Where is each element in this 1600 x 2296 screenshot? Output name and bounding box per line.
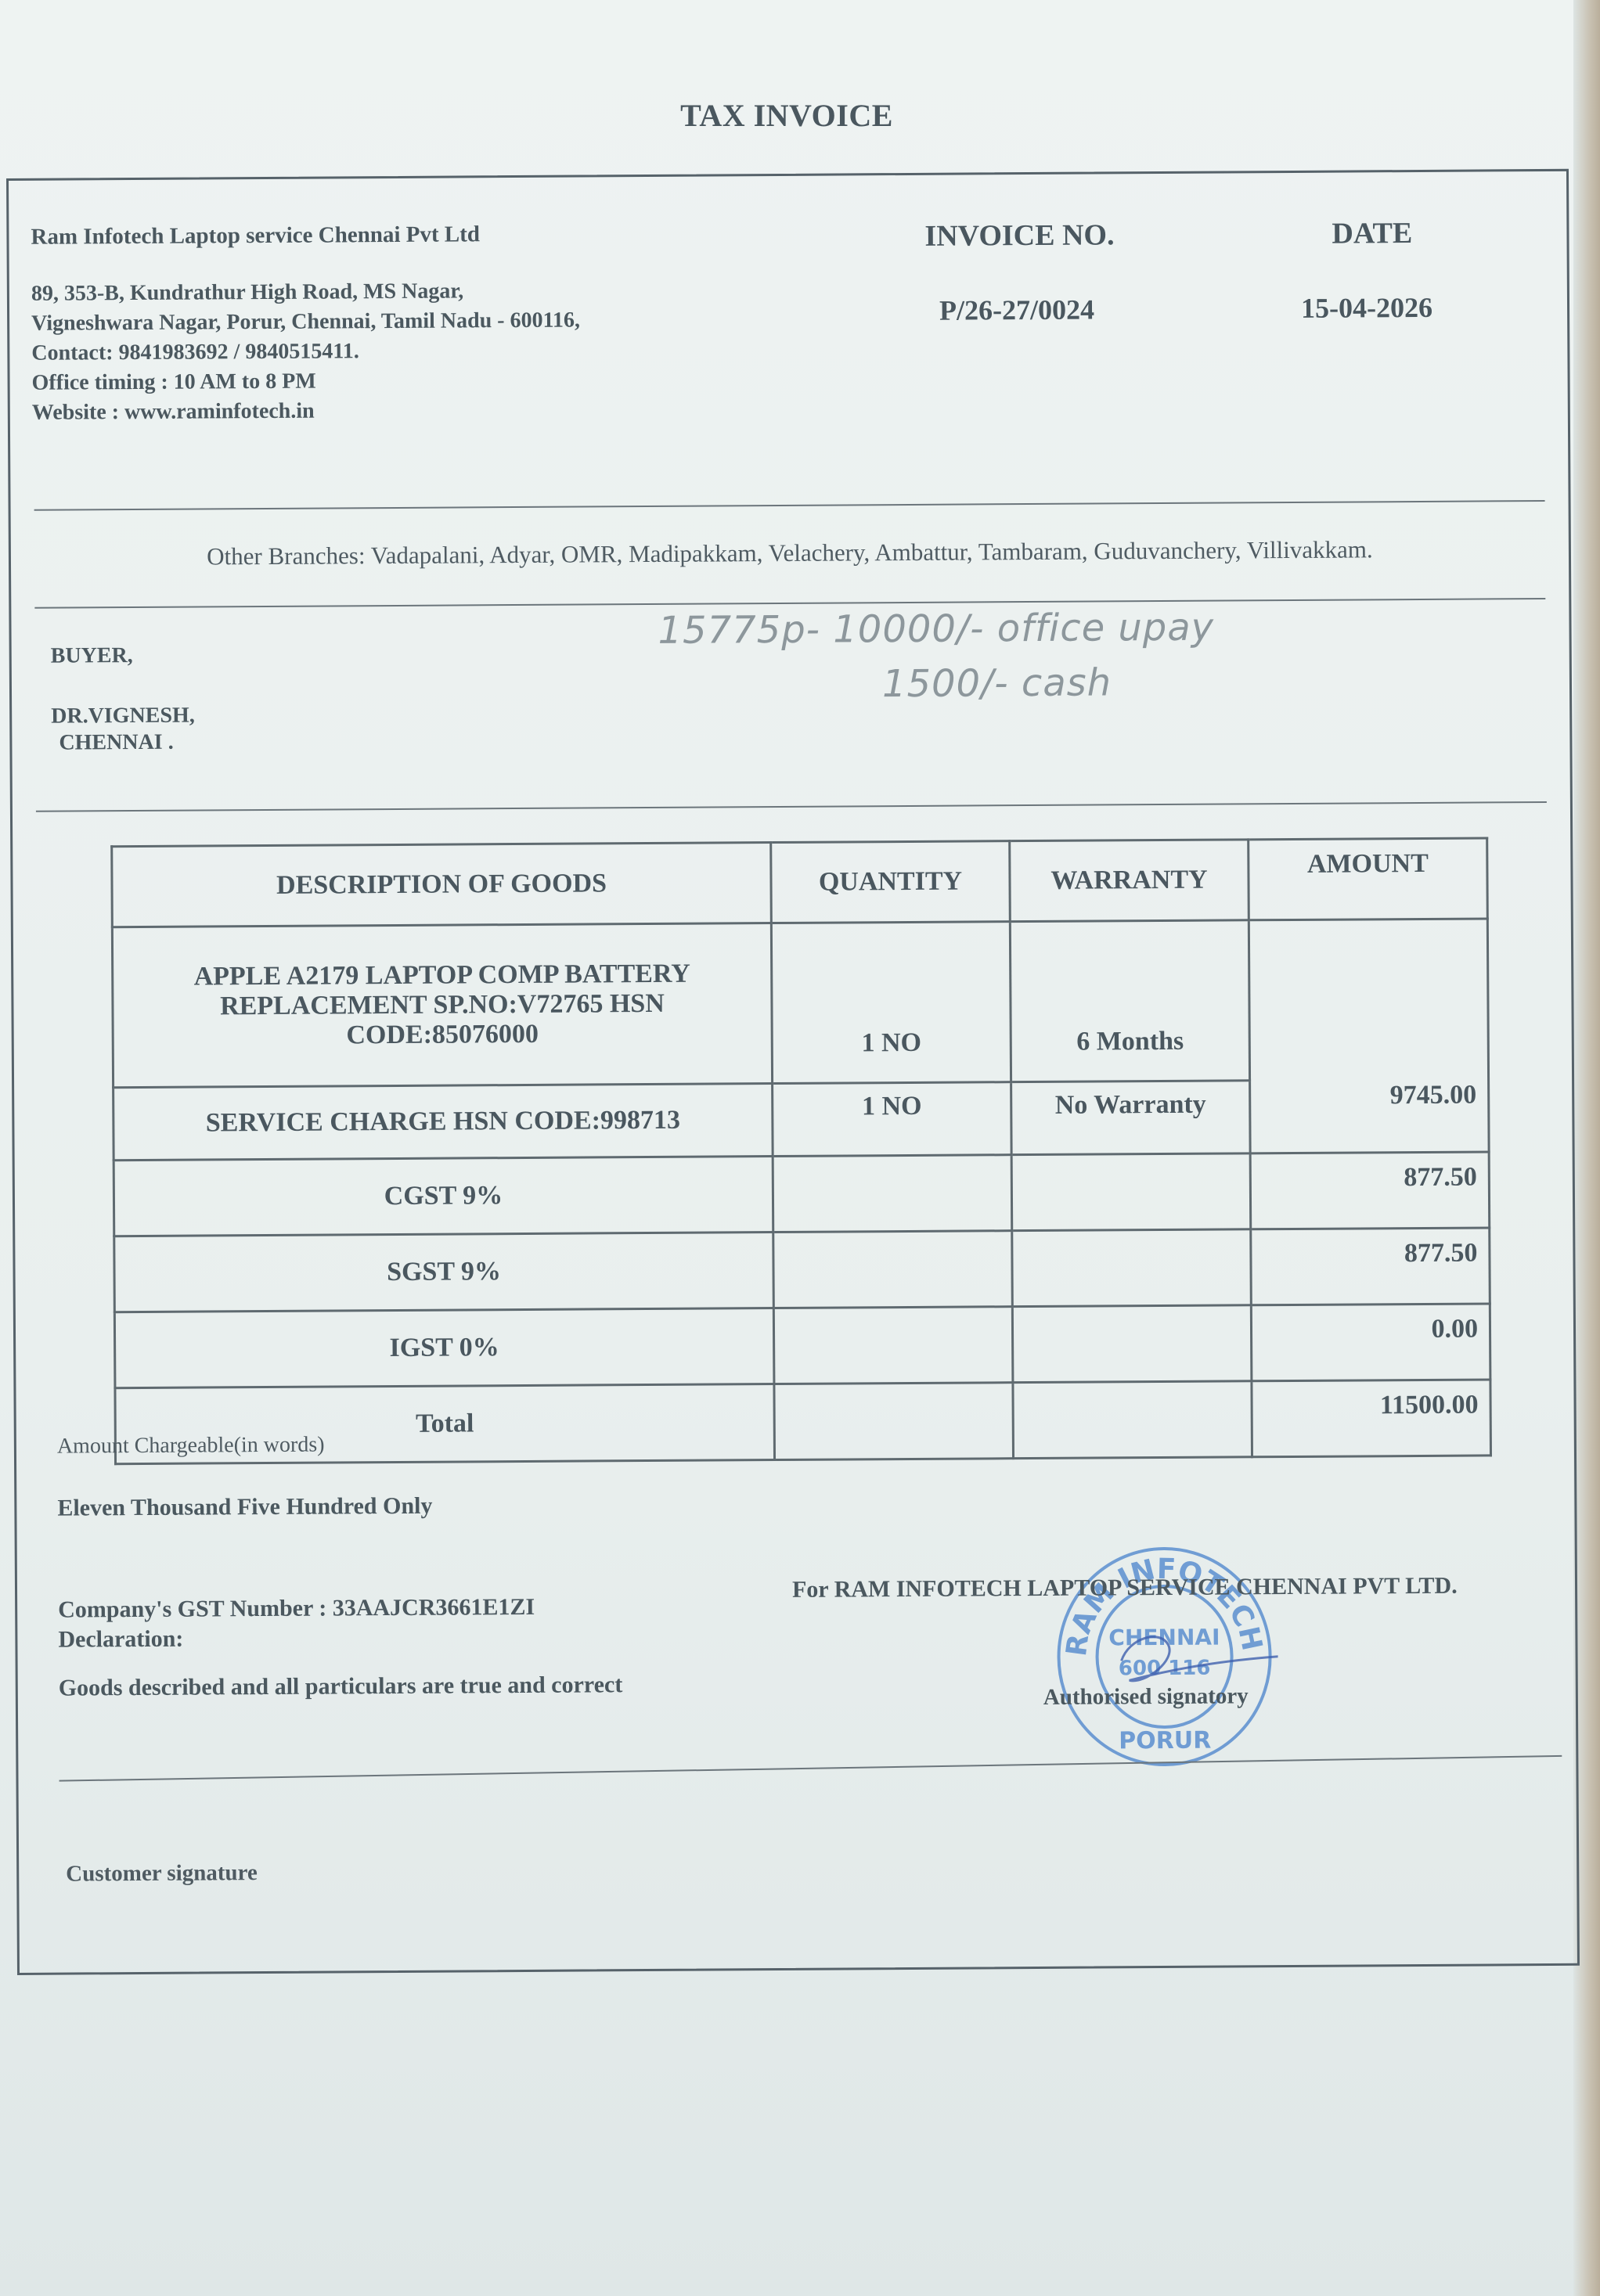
invoice-number: P/26-27/0024 [939, 293, 1094, 327]
item-quantity: 1 NO [771, 922, 1011, 1084]
divider [34, 598, 1545, 609]
invoice-number-label: INVOICE NO. [924, 218, 1114, 253]
declaration-label: Declaration: [58, 1622, 535, 1655]
header-description: DESCRIPTION OF GOODS [112, 843, 772, 927]
item-description: SERVICE CHARGE HSN CODE:998713 [114, 1084, 773, 1161]
amount-words-label: Amount Chargeable(in words) [57, 1433, 325, 1459]
goods-table: DESCRIPTION OF GOODS QUANTITY WARRANTY A… [110, 837, 1492, 1465]
company-address: 89, 353-B, Kundrathur High Road, MS Naga… [31, 276, 581, 428]
item-warranty: 6 Months [1010, 920, 1249, 1082]
invoice-frame: Ram Infotech Laptop service Chennai Pvt … [6, 169, 1580, 1975]
website: Website : www.raminfotech.in [32, 395, 581, 428]
item-quantity: 1 NO [773, 1082, 1012, 1157]
authorised-signatory: Authorised signatory [1043, 1683, 1249, 1711]
header-amount: AMOUNT [1249, 838, 1488, 920]
buyer-name: DR.VIGNESH, [51, 703, 195, 730]
divider [34, 500, 1545, 511]
tax-row-cgst: CGST 9% 877.50 [114, 1152, 1490, 1236]
other-branches: Other Branches: Vadapalani, Adyar, OMR, … [11, 534, 1569, 572]
tax-amount: 877.50 [1250, 1152, 1490, 1229]
header-warranty: WARRANTY [1010, 840, 1249, 922]
buyer-details: DR.VIGNESH, CHENNAI . [51, 703, 195, 757]
tax-amount: 0.00 [1251, 1304, 1490, 1381]
svg-text:CHENNAI: CHENNAI [1108, 1625, 1220, 1651]
handwritten-note-line1: 15775p- 10000/- office upay [658, 606, 1214, 653]
tax-amount: 877.50 [1251, 1228, 1490, 1305]
tax-row-igst: IGST 0% 0.00 [114, 1304, 1490, 1388]
for-company: For RAM INFOTECH LAPTOP SERVICE CHENNAI … [792, 1573, 1458, 1603]
declaration-text: Goods described and all particulars are … [59, 1672, 623, 1701]
svg-text:600 116: 600 116 [1119, 1657, 1211, 1681]
customer-signature-label: Customer signature [66, 1860, 258, 1887]
tax-label: CGST 9% [114, 1157, 773, 1236]
date-label: DATE [1332, 216, 1412, 251]
amount-in-words: Eleven Thousand Five Hundred Only [57, 1493, 432, 1522]
table-header-row: DESCRIPTION OF GOODS QUANTITY WARRANTY A… [112, 838, 1488, 927]
handwritten-note-line2: 1500/- cash [882, 660, 1112, 706]
table-row: APPLE A2179 LAPTOP COMP BATTERY REPLACEM… [112, 919, 1488, 1088]
contact-line: Contact: 9841983692 / 9840515411. [31, 336, 580, 369]
svg-text:PORUR: PORUR [1119, 1727, 1211, 1755]
address-line: 89, 353-B, Kundrathur High Road, MS Naga… [31, 276, 580, 309]
item-description: APPLE A2179 LAPTOP COMP BATTERY REPLACEM… [112, 923, 772, 1088]
buyer-city: CHENNAI . [51, 729, 195, 757]
tax-row-sgst: SGST 9% 877.50 [114, 1228, 1490, 1312]
item-warranty: No Warranty [1011, 1081, 1251, 1155]
tax-label: IGST 0% [114, 1308, 774, 1388]
gst-block: Company's GST Number : 33AAJCR3661E1ZI D… [58, 1592, 535, 1655]
buyer-label: BUYER, [51, 643, 133, 669]
invoice-date: 15-04-2026 [1301, 291, 1432, 325]
tax-label: SGST 9% [114, 1233, 774, 1312]
gst-number: Company's GST Number : 33AAJCR3661E1ZI [58, 1592, 535, 1625]
divider [59, 1755, 1562, 1782]
company-name: Ram Infotech Laptop service Chennai Pvt … [31, 221, 480, 250]
total-amount: 11500.00 [1252, 1380, 1491, 1457]
office-timing: Office timing : 10 AM to 8 PM [31, 365, 580, 398]
document-title: TAX INVOICE [0, 97, 1573, 134]
divider [36, 801, 1547, 812]
address-line: Vigneshwara Nagar, Porur, Chennai, Tamil… [31, 306, 580, 339]
header-quantity: QUANTITY [771, 841, 1011, 923]
items-amount: 9745.00 [1249, 919, 1489, 1153]
